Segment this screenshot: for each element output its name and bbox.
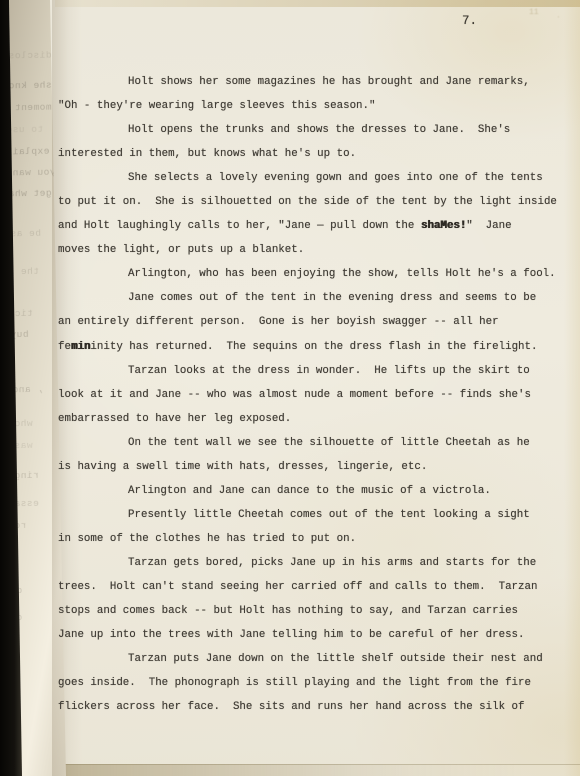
text-line: stops and comes back -- but Holt has not… <box>58 599 566 623</box>
text-line: Tarzan looks at the dress in wonder. He … <box>58 359 566 383</box>
bleedthrough-fragment: explain <box>6 146 50 158</box>
text-line: interested in them, but knows what he's … <box>58 142 566 166</box>
bleedthrough-fragment: essa <box>14 498 39 509</box>
text-line: look at it and Jane -- who was almost nu… <box>58 383 566 407</box>
bleedthrough-fragment: to use <box>6 124 43 136</box>
text-line: an entirely different person. Gone is he… <box>58 310 566 334</box>
page-top-edge <box>55 0 580 7</box>
text-line: and Holt laughingly calls to her, "Jane … <box>58 214 566 238</box>
typescript-text: Holt shows her some magazines he has bro… <box>58 70 566 719</box>
text-line: femininity has returned. The sequins on … <box>58 335 566 359</box>
bleedthrough-fragment: was <box>14 440 33 451</box>
text-line: flickers across her face. She sits and r… <box>58 695 566 719</box>
text-line: is having a swell time with hats, dresse… <box>58 455 566 479</box>
text-line: in some of the clothes he has tried to p… <box>58 527 566 551</box>
page-bottom-edge <box>14 764 580 776</box>
text-line: Jane comes out of the tent in the evenin… <box>58 286 566 310</box>
text-line: Jane up into the trees with Jane telling… <box>58 623 566 647</box>
text-line: Arlington and Jane can dance to the musi… <box>58 479 566 503</box>
text-line: Presently little Cheetah comes out of th… <box>58 503 566 527</box>
page-right-edge <box>564 0 580 776</box>
text-line: On the tent wall we see the silhouette o… <box>58 431 566 455</box>
smudge-mark: 11 <box>529 8 539 17</box>
text-line: Holt opens the trunks and shows the dres… <box>58 118 566 142</box>
text-line: "Oh - they're wearing large sleeves this… <box>58 94 566 118</box>
text-line: trees. Holt can't stand seeing her carri… <box>58 575 566 599</box>
text-line: She selects a lovely evening gown and go… <box>58 166 566 190</box>
text-line: Arlington, who has been enjoying the sho… <box>58 262 566 286</box>
text-line: goes inside. The phonograph is still pla… <box>58 671 566 695</box>
text-line: Holt shows her some magazines he has bro… <box>58 70 566 94</box>
bleedthrough-fragment: , and <box>12 384 43 396</box>
text-line: embarrassed to have her leg exposed. <box>58 407 566 431</box>
bleedthrough-fragment: ring <box>14 470 39 481</box>
bleedthrough-fragment: be as <box>10 228 41 240</box>
text-line: Tarzan gets bored, picks Jane up in his … <box>58 551 566 575</box>
text-line: to put it on. She is silhouetted on the … <box>58 190 566 214</box>
bleedthrough-fragment: you want <box>6 167 56 179</box>
bleedthrough-fragment: who <box>14 418 33 429</box>
text-line: moves the light, or puts up a blanket. <box>58 238 566 262</box>
scanned-document-page: discloseshe knowmoment oto useexplainyou… <box>0 0 580 776</box>
text-line: Tarzan puts Jane down on the little shel… <box>58 647 566 671</box>
smudge-mark: · <box>556 13 561 22</box>
page-number: 7. <box>462 14 477 28</box>
